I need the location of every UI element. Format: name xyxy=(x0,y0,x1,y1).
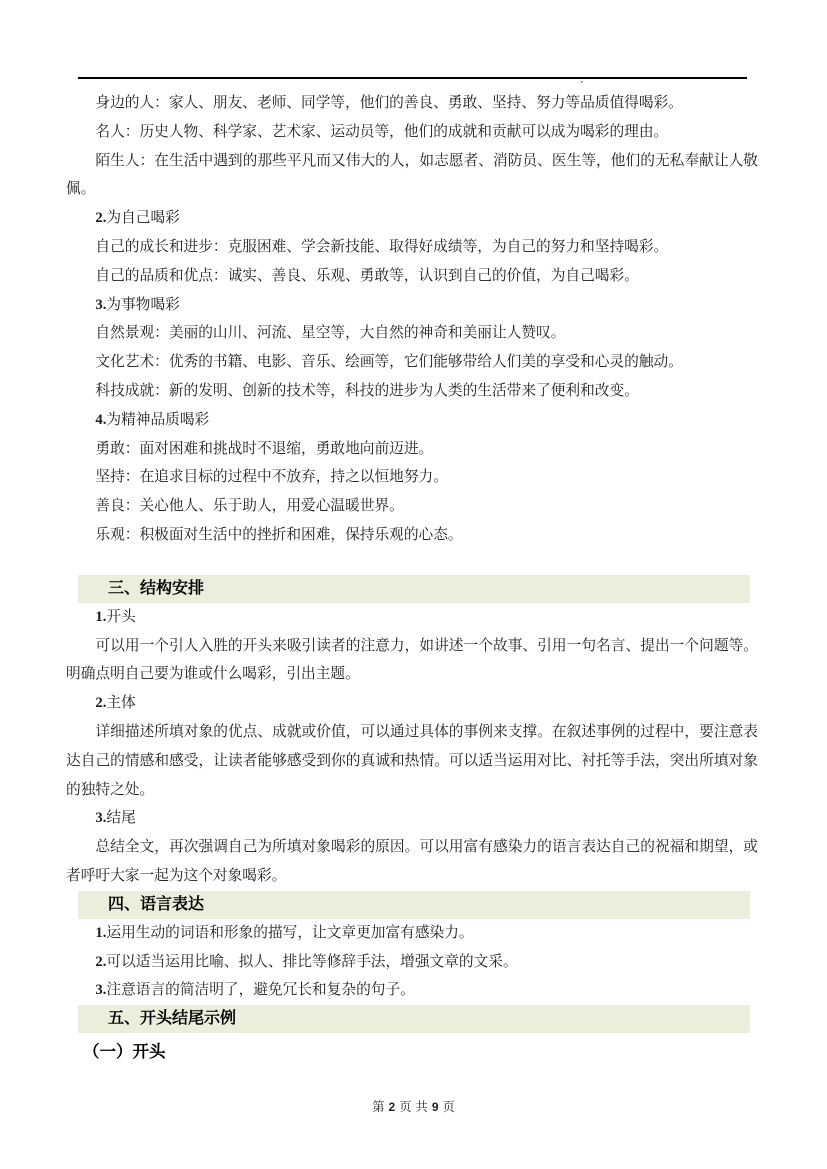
item-number: 3. xyxy=(95,810,106,826)
footer-suffix: 页 xyxy=(443,1100,455,1114)
numbered-paragraph: 3.注意语言的简洁明了，避免冗长和复杂的句子。 xyxy=(66,976,758,1005)
stray-dot-mark: · xyxy=(580,76,584,88)
paragraph: 身边的人：家人、朋友、老师、同学等，他们的善良、勇敢、坚持、努力等品质值得喝彩。 xyxy=(66,89,758,118)
footer-conj: 共 xyxy=(416,1100,428,1114)
paragraph: 自己的品质和优点：诚实、善良、乐观、勇敢等，认识到自己的价值，为自己喝彩。 xyxy=(66,262,758,291)
section-header: 三、结构安排 xyxy=(78,575,750,603)
item-number: 1. xyxy=(95,925,106,941)
numbered-paragraph: 1.运用生动的词语和形象的描写，让文章更加富有感染力。 xyxy=(66,919,758,948)
document-page: · 身边的人：家人、朋友、老师、同学等，他们的善良、勇敢、坚持、努力等品质值得喝… xyxy=(0,0,827,1169)
item-number: 2. xyxy=(95,210,106,226)
item-number: 2. xyxy=(95,954,106,970)
footer-total-pages: 9 xyxy=(432,1100,439,1114)
numbered-paragraph: 3.结尾 xyxy=(66,804,758,833)
numbered-paragraph: 1.开头 xyxy=(66,603,758,632)
paragraph: 总结全文，再次强调自己为所填对象喝彩的原因。可以用富有感染力的语言表达自己的祝福… xyxy=(66,833,758,891)
paragraph: 坚持：在追求目标的过程中不放弃，持之以恒地努力。 xyxy=(66,463,758,492)
paragraph: 勇敢：面对困难和挑战时不退缩，勇敢地向前迈进。 xyxy=(66,435,758,464)
paragraph: 详细描述所填对象的优点、成就或价值，可以通过具体的事例来支撑。在叙述事例的过程中… xyxy=(66,718,758,804)
numbered-paragraph: 2.为自己喝彩 xyxy=(66,204,758,233)
numbered-paragraph: 2.可以适当运用比喻、拟人、排比等修辞手法，增强文章的文采。 xyxy=(66,948,758,977)
item-number: 1. xyxy=(95,609,106,625)
footer-pages-label: 页 xyxy=(399,1100,411,1114)
paragraph: 自然景观：美丽的山川、河流、星空等，大自然的神奇和美丽让人赞叹。 xyxy=(66,319,758,348)
paragraph: 乐观：积极面对生活中的挫折和困难，保持乐观的心态。 xyxy=(66,521,758,550)
numbered-paragraph: 4.为精神品质喝彩 xyxy=(66,406,758,435)
item-number: 3. xyxy=(95,297,106,313)
paragraph: 善良：关心他人、乐于助人，用爱心温暖世界。 xyxy=(66,492,758,521)
paragraph: 可以用一个引人入胜的开头来吸引读者的注意力，如讲述一个故事、引用一句名言、提出一… xyxy=(66,632,758,690)
numbered-paragraph: 2.主体 xyxy=(66,689,758,718)
item-number: 4. xyxy=(95,412,106,428)
header-rule xyxy=(78,77,747,79)
page-footer: 第2页共9页 xyxy=(0,1097,827,1115)
item-number: 2. xyxy=(95,695,106,711)
paragraph: 名人：历史人物、科学家、艺术家、运动员等，他们的成就和贡献可以成为喝彩的理由。 xyxy=(66,118,758,147)
document-content: 身边的人：家人、朋友、老师、同学等，他们的善良、勇敢、坚持、努力等品质值得喝彩。… xyxy=(66,89,758,1065)
section-header: 五、开头结尾示例 xyxy=(78,1005,750,1033)
numbered-paragraph: 3.为事物喝彩 xyxy=(66,291,758,320)
paragraph: 文化艺术：优秀的书籍、电影、音乐、绘画等，它们能够带给人们美的享受和心灵的触动。 xyxy=(66,348,758,377)
paragraph: 陌生人：在生活中遇到的那些平凡而又伟大的人，如志愿者、消防员、医生等，他们的无私… xyxy=(66,147,758,205)
footer-page-number: 2 xyxy=(389,1100,396,1114)
item-number: 3. xyxy=(95,982,106,998)
paragraph: 自己的成长和进步：克服困难、学会新技能、取得好成绩等，为自己的努力和坚持喝彩。 xyxy=(66,233,758,262)
section-header: 四、语言表达 xyxy=(78,891,750,919)
footer-prefix: 第 xyxy=(372,1100,384,1114)
subheading: （一）开头 xyxy=(83,1039,758,1065)
paragraph: 科技成就：新的发明、创新的技术等，科技的进步为人类的生活带来了便利和改变。 xyxy=(66,377,758,406)
